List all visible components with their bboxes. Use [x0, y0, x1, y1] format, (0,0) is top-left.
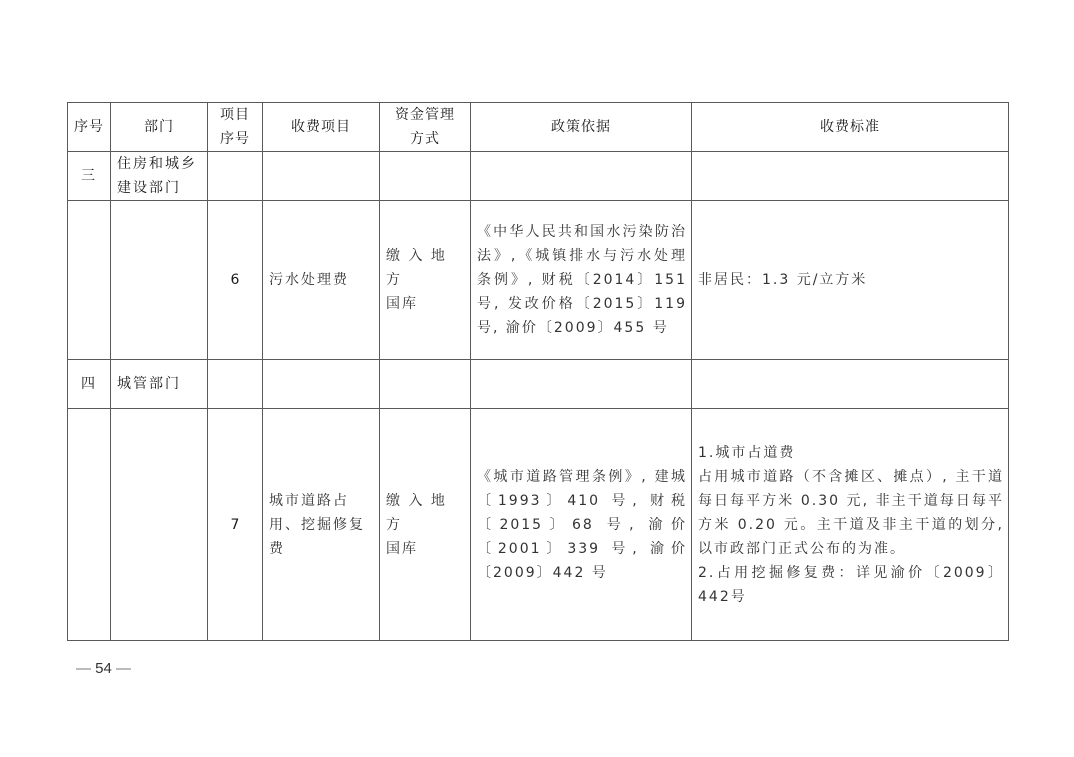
section-dept: 城管部门	[111, 360, 208, 409]
header-fund-mgmt: 资金管理 方式	[380, 103, 471, 152]
fee-item: 城市道路占用、挖掘修复费	[263, 409, 380, 641]
fee-standard: 1.城市占道费 占用城市道路（不含摊区、摊点）, 主干道每日每平方米 0.30 …	[692, 409, 1009, 641]
header-fee-item: 收费项目	[263, 103, 380, 152]
fee-standard: 非居民：1.3 元/立方米	[692, 201, 1009, 360]
fee-item: 污水处理费	[263, 201, 380, 360]
item-seq: 7	[208, 409, 263, 641]
fund-mgmt: 缴 入 地 方 国库	[380, 201, 471, 360]
footer-dash-right: —	[116, 660, 131, 677]
policy-basis: 《中华人民共和国水污染防治法》,《城镇排水与污水处理条例》, 财税〔2014〕1…	[471, 201, 692, 360]
table-row: 6 污水处理费 缴 入 地 方 国库 《中华人民共和国水污染防治法》,《城镇排水…	[68, 201, 1009, 360]
header-item-seq: 项目 序号	[208, 103, 263, 152]
section-seq: 三	[68, 152, 111, 201]
section-seq: 四	[68, 360, 111, 409]
page-footer: — 54 —	[76, 660, 131, 677]
section-row: 四 城管部门	[68, 360, 1009, 409]
fund-mgmt: 缴 入 地 方 国库	[380, 409, 471, 641]
header-policy: 政策依据	[471, 103, 692, 152]
header-row: 序号 部门 项目 序号 收费项目 资金管理 方式 政策依据 收费标准	[68, 103, 1009, 152]
page-number: 54	[95, 660, 112, 677]
header-seq: 序号	[68, 103, 111, 152]
fee-table: 序号 部门 项目 序号 收费项目 资金管理 方式 政策依据 收费标准 三 住房和…	[67, 102, 1009, 641]
policy-basis: 《城市道路管理条例》, 建城〔1993〕410 号, 财税〔2015〕68 号,…	[471, 409, 692, 641]
header-standard: 收费标准	[692, 103, 1009, 152]
footer-dash-left: —	[76, 660, 91, 677]
table-row: 7 城市道路占用、挖掘修复费 缴 入 地 方 国库 《城市道路管理条例》, 建城…	[68, 409, 1009, 641]
section-dept: 住房和城乡 建设部门	[111, 152, 208, 201]
header-dept: 部门	[111, 103, 208, 152]
item-seq: 6	[208, 201, 263, 360]
section-row: 三 住房和城乡 建设部门	[68, 152, 1009, 201]
